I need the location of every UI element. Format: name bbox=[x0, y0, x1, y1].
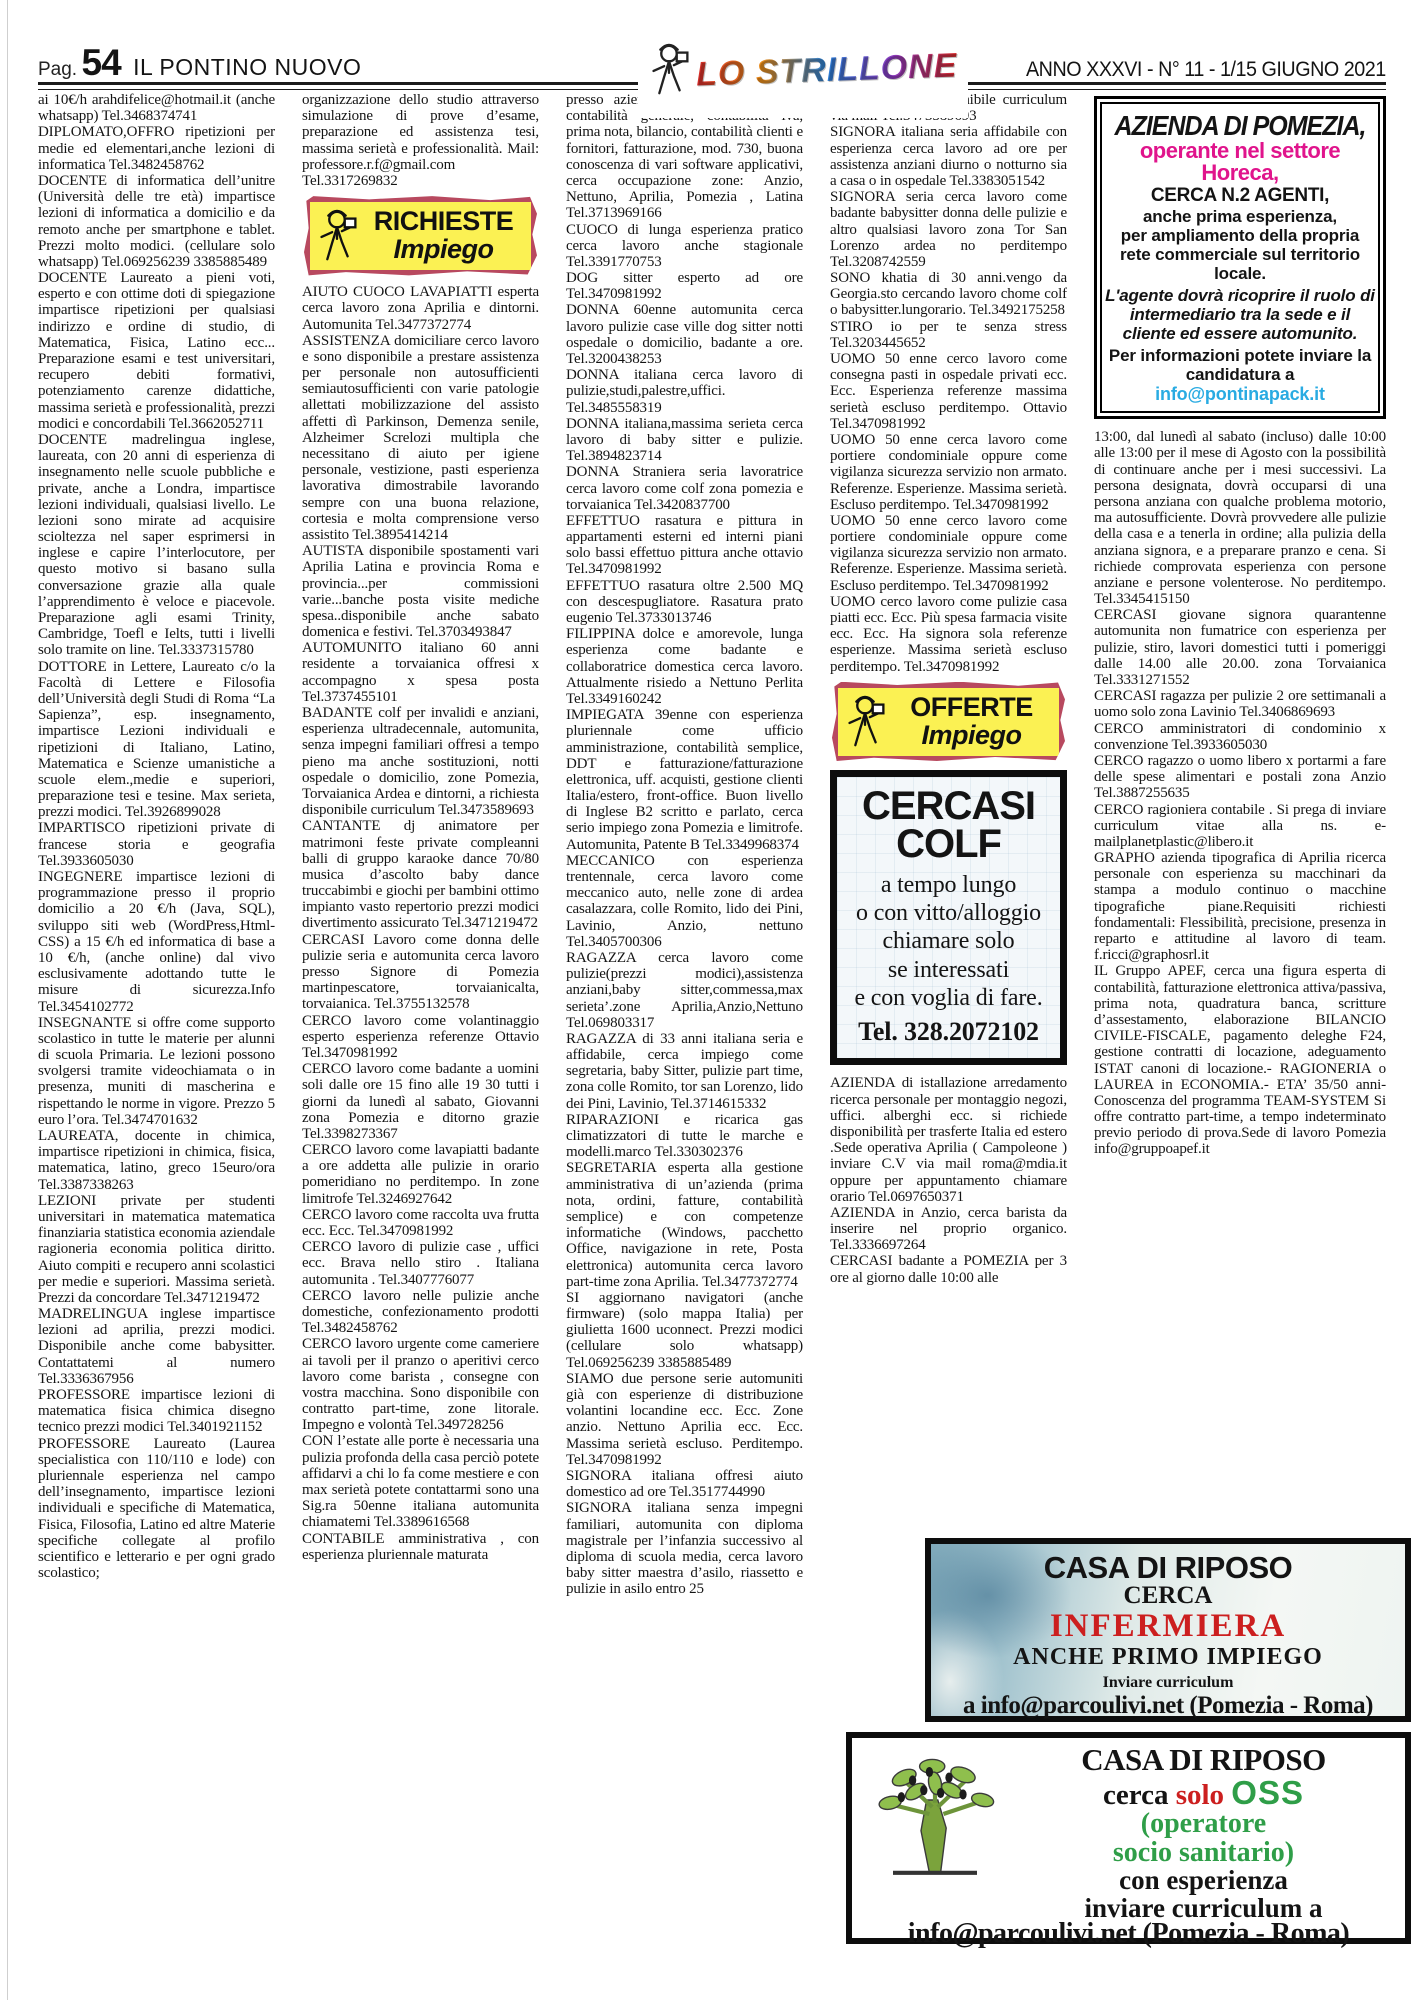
banner-line-2: Impiego bbox=[890, 721, 1053, 749]
infermiera-line4: ANCHE PRIMO IMPIEGO bbox=[931, 1644, 1405, 1672]
classified-ad: MECCANICO con esperienza trentennale, ce… bbox=[566, 853, 803, 950]
classified-ad: AZIENDA di istallazione arredamento rice… bbox=[830, 1075, 1067, 1205]
cercasi-colf-ad: CERCASI COLF a tempo lungo o con vitto/a… bbox=[830, 770, 1067, 1066]
classified-ad: SIGNORA italiana offresi aiuto domestico… bbox=[566, 1468, 803, 1500]
column-4-bottom-ads: AZIENDA di istallazione arredamento rice… bbox=[830, 1075, 1067, 1285]
classified-ad: CON l’estate alle porte è necessaria una… bbox=[302, 1433, 539, 1530]
banner-line-1: RICHIESTE bbox=[362, 208, 525, 235]
classified-ad: CERCASI Lavoro come donna delle pulizie … bbox=[302, 932, 539, 1013]
colf-phone: Tel. 328.2072102 bbox=[841, 1018, 1056, 1046]
newsboy-icon bbox=[844, 693, 886, 751]
oss-line2: cerca solo OSS bbox=[1010, 1776, 1397, 1811]
classified-ad: CERCASI badante a POMEZIA per 3 ore al g… bbox=[830, 1253, 1067, 1285]
banner-line-1: OFFERTE bbox=[890, 694, 1053, 721]
classified-ad: 13:00, dal lunedì al sabato (incluso) da… bbox=[1094, 429, 1386, 607]
classified-ad: PROFESSORE impartisce lezioni di matemat… bbox=[38, 1387, 275, 1436]
richieste-impiego-banner: RICHIESTE Impiego bbox=[304, 196, 537, 276]
page-number-block: Pag. 54 IL PONTINO NUOVO bbox=[38, 42, 361, 84]
classified-ad: SIAMO due persone serie automuniti già c… bbox=[566, 1371, 803, 1468]
casa-riposo-infermiera-ad: CASA DI RIPOSO CERCA INFERMIERA ANCHE PR… bbox=[925, 1538, 1411, 1722]
classified-ad: DIPLOMATO,OFFRO ripetizioni per medie ed… bbox=[38, 124, 275, 173]
casa-riposo-oss-ad: CASA DI RIPOSO cerca solo OSS (operatore… bbox=[846, 1732, 1411, 1944]
page-label: Pag. bbox=[38, 59, 77, 80]
classified-ad: CERCASI ragazza per pulizie 2 ore settim… bbox=[1094, 688, 1386, 720]
classified-ad: UOMO 50 enne cerca lavoro come portiere … bbox=[830, 432, 1067, 513]
classified-ad: DOG sitter esperto ad ore Tel.3470981992 bbox=[566, 270, 803, 302]
classified-ad: SEGRETARIA esperta alla gestione amminis… bbox=[566, 1160, 803, 1290]
classified-ad: AUTISTA disponibile spostamenti vari Apr… bbox=[302, 543, 539, 640]
classified-ad: ASSISTENZA domiciliare cerco lavoro e so… bbox=[302, 333, 539, 543]
classified-ad: LAUREATA, docente in chimica, impartisce… bbox=[38, 1128, 275, 1193]
classified-ad: DONNA italiana cerca lavoro di pulizie,s… bbox=[566, 367, 803, 416]
classified-ad: CANTANTE dj animatore per matrimoni fest… bbox=[302, 818, 539, 931]
classified-ad: AUTOMUNITO italiano 60 anni residente a … bbox=[302, 640, 539, 705]
classified-ad: SONO khatia di 30 anni.vengo da Georgia.… bbox=[830, 270, 1067, 319]
oss-line4: socio sanitario) bbox=[1010, 1839, 1397, 1868]
classified-ad: EFFETTUO rasatura e pittura in appartame… bbox=[566, 513, 803, 578]
classified-ad: SI aggiornano navigatori (anche firmware… bbox=[566, 1290, 803, 1371]
column-3: presso aziende e studi professionali, co… bbox=[566, 92, 803, 1990]
banner-line-2: Impiego bbox=[362, 235, 525, 263]
infermiera-email-line: a info@parcoulivi.net (Pomezia - Roma) bbox=[931, 1692, 1405, 1720]
classified-ad: CERCO lavoro come badante a uomini soli … bbox=[302, 1061, 539, 1142]
azienda-pomezia-ad: AZIENDA DI POMEZIA, operante nel settore… bbox=[1094, 96, 1386, 419]
page-header: Pag. 54 IL PONTINO NUOVO LO STRILLONE AN… bbox=[38, 36, 1386, 88]
infermiera-line2: CERCA bbox=[931, 1583, 1405, 1609]
oss-email-line: info@parcoulivi.net (Pomezia - Roma) bbox=[860, 1918, 1397, 1950]
classified-ad: RIPARAZIONI e ricarica gas climatizzator… bbox=[566, 1112, 803, 1161]
classified-ad: RAGAZZA di 33 anni italiana seria e affi… bbox=[566, 1031, 803, 1112]
classified-ad: SIGNORA italiana seria affidabile con es… bbox=[830, 124, 1067, 189]
scan-edge-line bbox=[7, 0, 8, 2000]
infermiera-line3: INFERMIERA bbox=[931, 1609, 1405, 1644]
classified-ad: PROFESSORE Laureato (Laurea specialistic… bbox=[38, 1436, 275, 1582]
pomezia-line7: Per informazioni potete inviare la candi… bbox=[1105, 346, 1375, 384]
colf-title-1: CERCASI bbox=[841, 787, 1056, 825]
issue-date: ANNO XXXVI - N° 11 - 1/15 GIUGNO 2021 bbox=[1026, 58, 1386, 82]
classified-ad: CERCO lavoro nelle pulizie anche domesti… bbox=[302, 1288, 539, 1337]
pomezia-line5: per ampliamento della propria rete comme… bbox=[1105, 226, 1375, 283]
oss-line3: (operatore bbox=[1010, 1810, 1397, 1839]
classified-ad: GRAPHO azienda tipografica di Aprilia ri… bbox=[1094, 850, 1386, 963]
colf-title-2: COLF bbox=[841, 825, 1056, 863]
infermiera-line5: Inviare curriculum bbox=[931, 1674, 1405, 1692]
classified-ad: RAGAZZA cerca lavoro come pulizie(prezzi… bbox=[566, 950, 803, 1031]
classified-ad: DOCENTE di informatica dell’unitre (Univ… bbox=[38, 173, 275, 270]
classified-ad: CERCO ragazzo o uomo libero x portarmi a… bbox=[1094, 753, 1386, 802]
pomezia-title: AZIENDA DI POMEZIA, bbox=[1105, 112, 1375, 142]
classified-ad: DOTTORE in Lettere, Laureato c/o la Faco… bbox=[38, 659, 275, 821]
column-2-ads: AIUTO CUOCO LAVAPIATTI esperta cerca lav… bbox=[302, 284, 539, 1563]
classified-ad: LEZIONI private per studenti universitar… bbox=[38, 1193, 275, 1306]
classified-ad: organizzazione dello studio attraverso s… bbox=[302, 92, 539, 189]
lo-strillone-logo: LO STRILLONE bbox=[638, 22, 968, 118]
logo-title: LO STRILLONE bbox=[696, 46, 959, 94]
infermiera-line1: CASA DI RIPOSO bbox=[931, 1552, 1405, 1583]
pomezia-email: info@pontinapack.it bbox=[1105, 385, 1375, 404]
column-4-top-ads: km da Pomezia dsponibile curriculum via … bbox=[830, 92, 1067, 675]
classified-ad: CERCO lavoro come volantinaggio esperto … bbox=[302, 1013, 539, 1062]
classified-ad: CERCO amministratori di condominio x con… bbox=[1094, 721, 1386, 753]
column-2: organizzazione dello studio attraverso s… bbox=[302, 92, 539, 1990]
oss-word: OSS bbox=[1231, 1774, 1304, 1811]
classified-ad: CERCO lavoro urgente come cameriere ai t… bbox=[302, 1336, 539, 1433]
classified-ad: EFFETTUO rasatura oltre 2.500 MQ con des… bbox=[566, 578, 803, 627]
oss-cerca: cerca bbox=[1103, 1779, 1176, 1811]
classified-ad: INGEGNERE impartisce lezioni di programm… bbox=[38, 869, 275, 1015]
classified-ad: MADRELINGUA inglese impartisce lezioni a… bbox=[38, 1306, 275, 1387]
classified-ad: IMPARTISCO ripetizioni private di france… bbox=[38, 820, 275, 869]
column-1-ads: ai 10€/h arahdifelice@hotmail.it (anche … bbox=[38, 92, 275, 1581]
classified-ad: INSEGNANTE si offre come supporto scolas… bbox=[38, 1015, 275, 1128]
newspaper-page: Pag. 54 IL PONTINO NUOVO LO STRILLONE AN… bbox=[0, 0, 1420, 2000]
pomezia-line4: anche prima esperienza, bbox=[1105, 207, 1375, 226]
classified-ad: CONTABILE amministrativa , con esperienz… bbox=[302, 1531, 539, 1563]
classified-ad: CERCASI giovane signora quarantenne auto… bbox=[1094, 607, 1386, 688]
classified-ad: FILIPPINA dolce e amorevole, lunga esper… bbox=[566, 626, 803, 707]
classified-ad: CERCO lavoro di pulizie case , uffici ec… bbox=[302, 1239, 539, 1288]
classified-ad: CUOCO di lunga esperienza pratico cerca … bbox=[566, 222, 803, 271]
olive-tree-icon bbox=[860, 1744, 1010, 1884]
pomezia-subtitle: operante nel settore Horeca, bbox=[1105, 140, 1375, 184]
pomezia-line6: L'agente dovrà ricoprire il ruolo di int… bbox=[1105, 286, 1375, 343]
column-5-ads: 13:00, dal lunedì al sabato (incluso) da… bbox=[1094, 429, 1386, 1157]
colf-body: a tempo lungo o con vitto/alloggio chiam… bbox=[841, 871, 1056, 1013]
column-2-top-ads: organizzazione dello studio attraverso s… bbox=[302, 92, 539, 189]
newsboy-icon bbox=[316, 207, 358, 265]
classified-ad: CERCO lavoro come lavapiatti badante a o… bbox=[302, 1142, 539, 1207]
classified-ad: CERCO lavoro come raccolta uva frutta ec… bbox=[302, 1207, 539, 1239]
classified-ad: AZIENDA in Anzio, cerca barista da inser… bbox=[830, 1205, 1067, 1254]
classified-ad: SIGNORA italiana senza impegni familiari… bbox=[566, 1500, 803, 1597]
oss-line1: CASA DI RIPOSO bbox=[1010, 1744, 1397, 1776]
newspaper-name: IL PONTINO NUOVO bbox=[133, 54, 361, 80]
newsboy-icon bbox=[648, 41, 690, 99]
oss-line5: con esperienza bbox=[1010, 1867, 1397, 1895]
classified-ad: DOCENTE Laureato a pieni voti, esperto e… bbox=[38, 270, 275, 432]
classified-ad: DOCENTE madrelingua inglese, laureata, c… bbox=[38, 432, 275, 659]
offerte-impiego-banner: OFFERTE Impiego bbox=[832, 682, 1065, 762]
classified-ad: DONNA Straniera seria lavoratrice cerca … bbox=[566, 464, 803, 513]
classified-ad: DONNA italiana,massima serieta cerca lav… bbox=[566, 416, 803, 465]
classified-ad: ai 10€/h arahdifelice@hotmail.it (anche … bbox=[38, 92, 275, 124]
page-number: 54 bbox=[82, 42, 121, 83]
classified-ad: BADANTE colf per invalidi e anziani, esp… bbox=[302, 705, 539, 818]
classified-ad: UOMO cerco lavoro come pulizie casa piat… bbox=[830, 594, 1067, 675]
classified-ad: UOMO 50 enne cerco lavoro come consegna … bbox=[830, 351, 1067, 432]
column-1: ai 10€/h arahdifelice@hotmail.it (anche … bbox=[38, 92, 275, 1990]
classified-ad: AIUTO CUOCO LAVAPIATTI esperta cerca lav… bbox=[302, 284, 539, 333]
oss-solo: solo bbox=[1176, 1779, 1232, 1811]
classified-ad: STIRO io per te senza stress Tel.3203445… bbox=[830, 319, 1067, 351]
classified-ad: DONNA 60enne automunita cerca lavoro pul… bbox=[566, 302, 803, 367]
classified-ad: UOMO 50 enne cerco lavoro come portiere … bbox=[830, 513, 1067, 594]
classified-ad: IMPIEGATA 39enne con esperienza plurienn… bbox=[566, 707, 803, 853]
classified-ad: IL Gruppo APEF, cerca una figura esperta… bbox=[1094, 963, 1386, 1157]
column-3-ads: presso aziende e studi professionali, co… bbox=[566, 92, 803, 1597]
classified-ad: CERCO ragioniera contabile . Si prega di… bbox=[1094, 802, 1386, 851]
classified-ad: SIGNORA seria cerca lavoro come badante … bbox=[830, 189, 1067, 270]
pomezia-line3: CERCA N.2 AGENTI, bbox=[1105, 186, 1375, 207]
